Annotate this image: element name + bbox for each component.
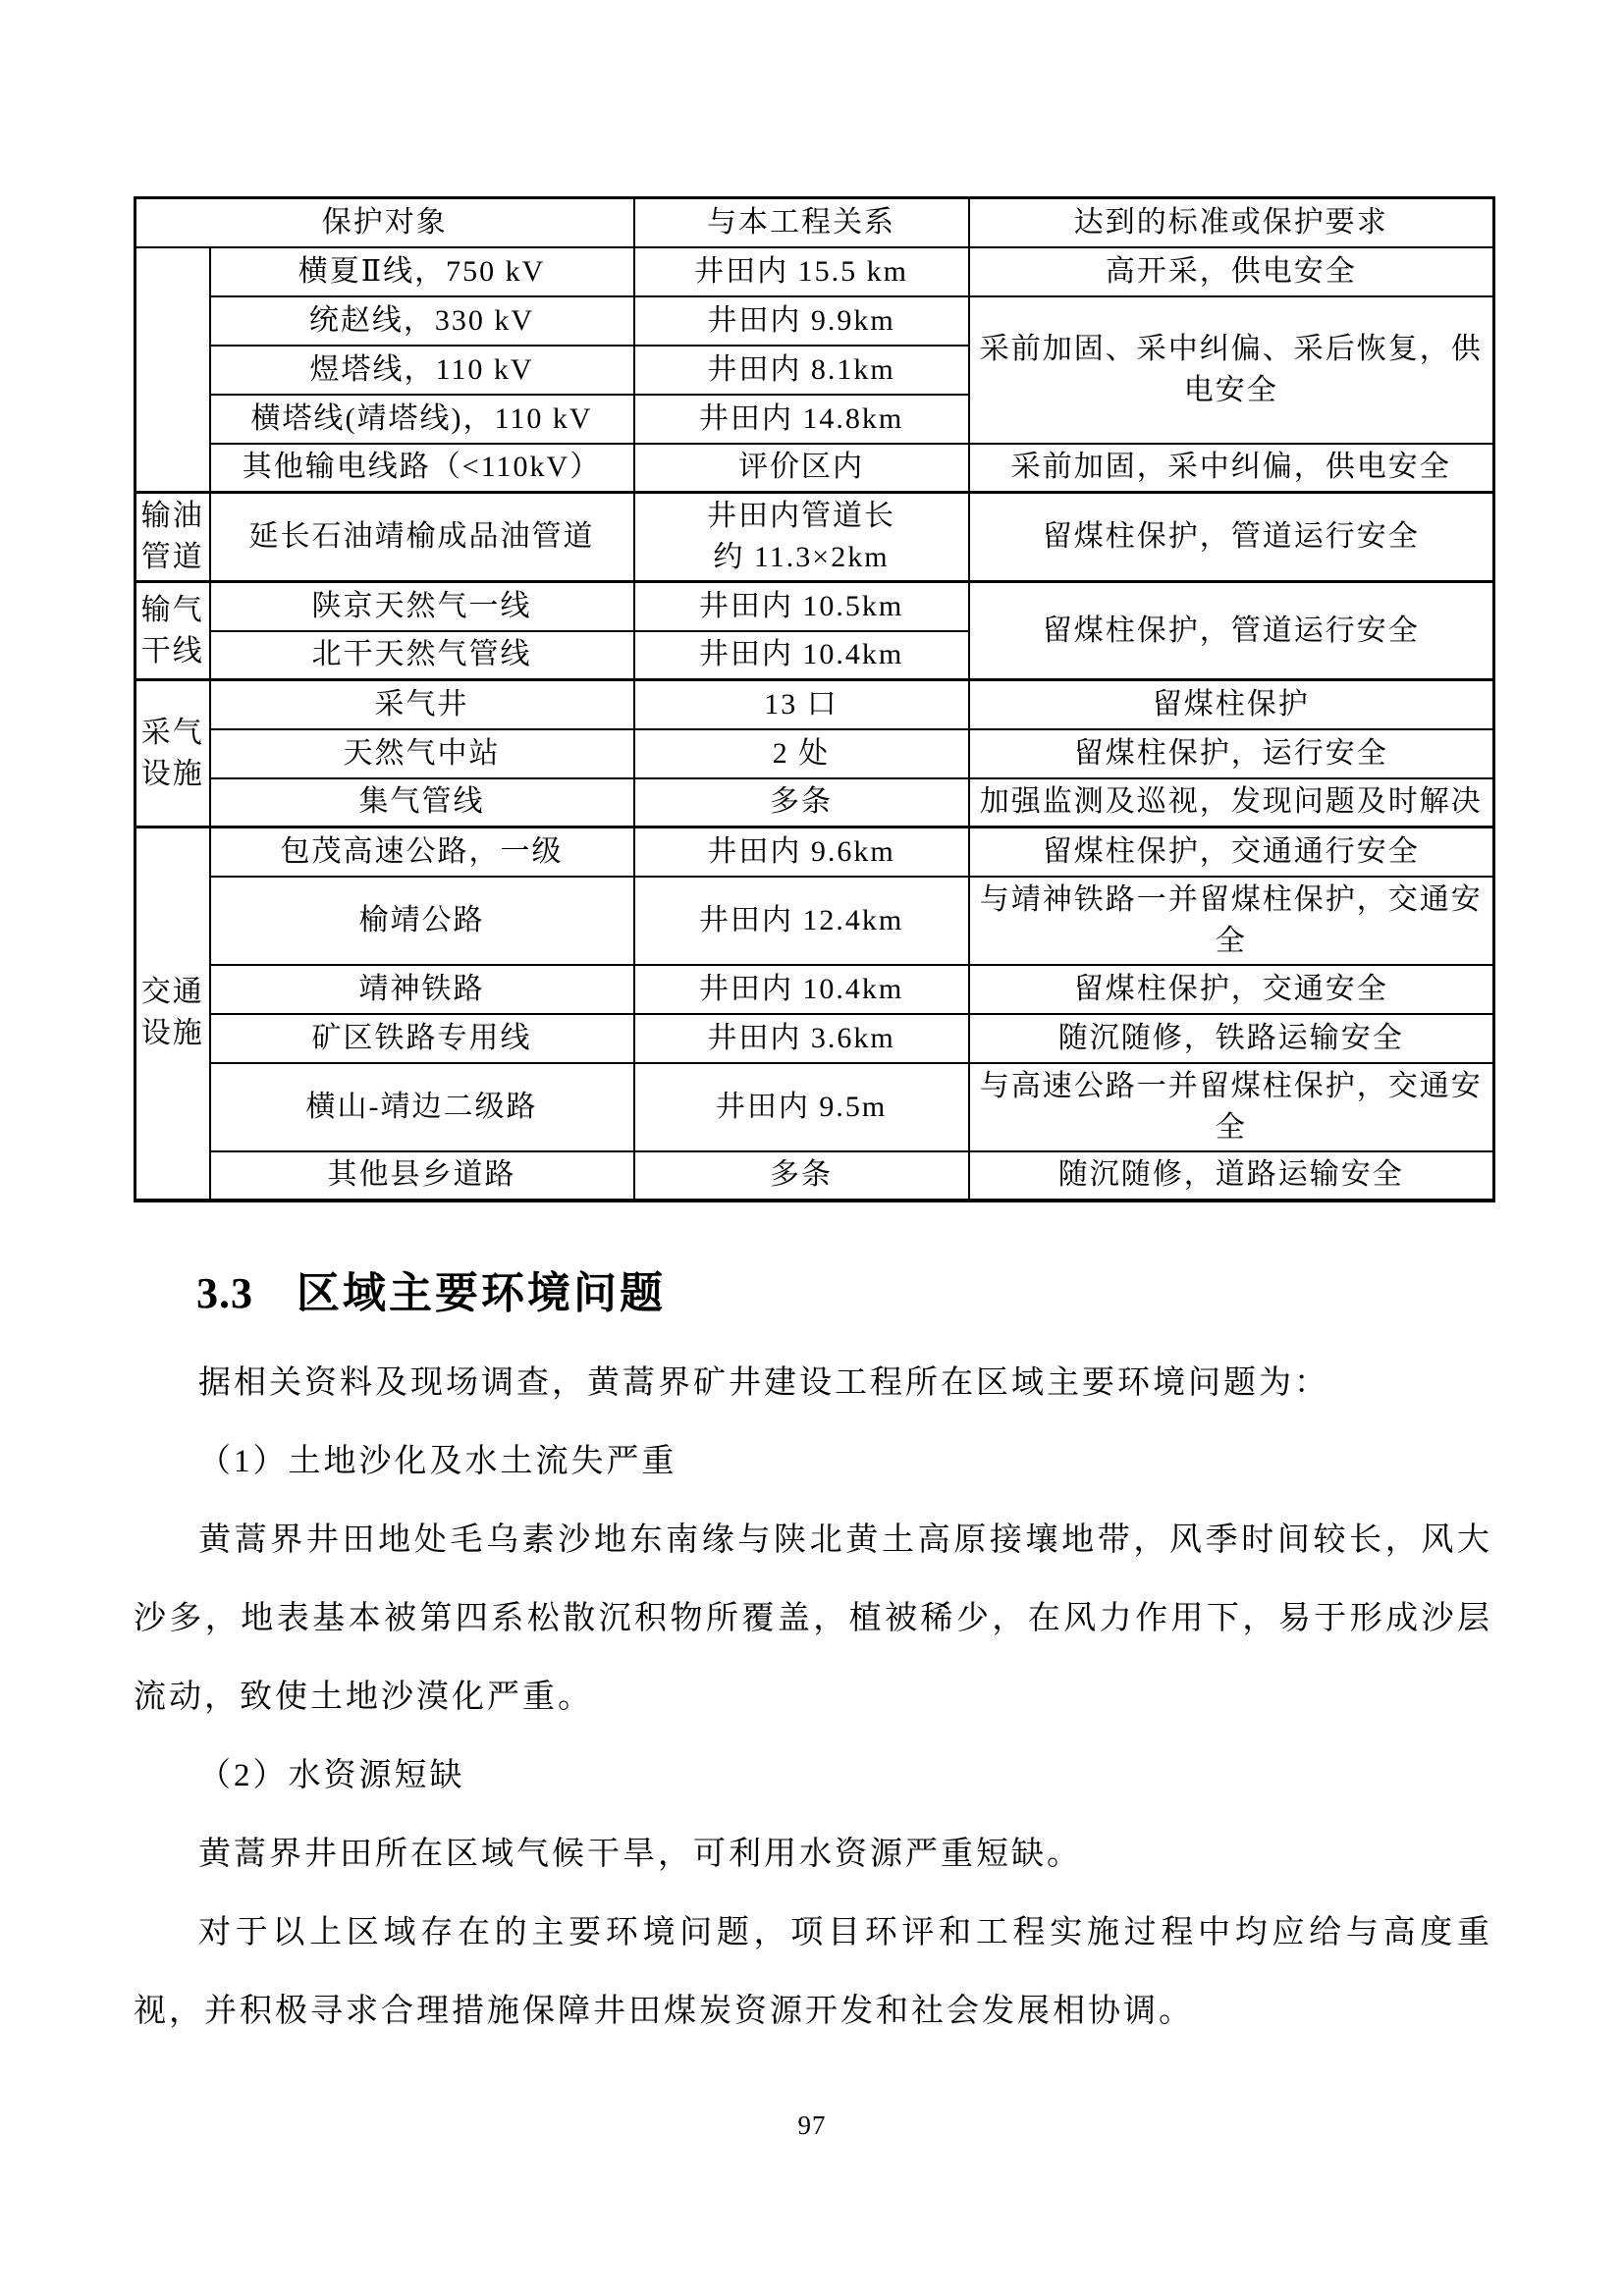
table-header-row: 保护对象 与本工程关系 达到的标准或保护要求 (135, 198, 1494, 247)
cell-relation: 井田内 3.6km (634, 1014, 969, 1063)
cell-object: 横山-靖边二级路 (210, 1063, 634, 1151)
cell-object: 包茂高速公路，一级 (210, 828, 634, 877)
cell-relation: 井田内管道长 约 11.3×2km (634, 493, 969, 582)
cell-requirement: 采前加固，采中纠偏，供电安全 (969, 444, 1494, 493)
paragraph-conclusion: 对于以上区域存在的主要环境问题，项目环评和工程实施过程中均应给与高度重视，并积极… (134, 1894, 1492, 2051)
cell-object: 北干天然气管线 (210, 631, 634, 680)
paragraph-item-1-title: （1）土地沙化及水土流失严重 (134, 1422, 1492, 1501)
table-row: 其他输电线路（<110kV） 评价区内 采前加固，采中纠偏，供电安全 (135, 444, 1494, 493)
cell-requirement: 留煤柱保护，管道运行安全 (969, 582, 1494, 680)
table-row: 集气管线 多条 加强监测及巡视，发现问题及时解决 (135, 778, 1494, 828)
table-row: 矿区铁路专用线 井田内 3.6km 随沉随修，铁路运输安全 (135, 1014, 1494, 1063)
cell-relation: 井田内 9.5m (634, 1063, 969, 1151)
cell-requirement: 加强监测及巡视，发现问题及时解决 (969, 778, 1494, 828)
cell-requirement: 留煤柱保护，管道运行安全 (969, 493, 1494, 582)
cell-object: 其他县乡道路 (210, 1151, 634, 1201)
cell-object: 榆靖公路 (210, 877, 634, 965)
cell-requirement: 与靖神铁路一并留煤柱保护，交通安全 (969, 877, 1494, 965)
table-row: 输气干线 陕京天然气一线 井田内 10.5km 留煤柱保护，管道运行安全 (135, 582, 1494, 631)
cell-relation: 井田内 10.4km (634, 965, 969, 1014)
header-protected-object: 保护对象 (135, 198, 634, 247)
cell-relation: 井田内 8.1km (634, 346, 969, 395)
body-text: 据相关资料及现场调查，黄蒿界矿井建设工程所在区域主要环境问题为： （1）土地沙化… (134, 1344, 1492, 2051)
table-row: 交通设施 包茂高速公路，一级 井田内 9.6km 留煤柱保护，交通通行安全 (135, 828, 1494, 877)
cell-object: 集气管线 (210, 778, 634, 828)
header-relation: 与本工程关系 (634, 198, 969, 247)
table-row: 榆靖公路 井田内 12.4km 与靖神铁路一并留煤柱保护，交通安全 (135, 877, 1494, 965)
cell-category (135, 247, 210, 493)
cell-requirement: 与高速公路一并留煤柱保护，交通安全 (969, 1063, 1494, 1151)
cell-category: 输油管道 (135, 493, 210, 582)
cell-relation: 2 处 (634, 729, 969, 778)
header-requirement: 达到的标准或保护要求 (969, 198, 1494, 247)
cell-category: 交通设施 (135, 828, 210, 1201)
paragraph-intro: 据相关资料及现场调查，黄蒿界矿井建设工程所在区域主要环境问题为： (134, 1344, 1492, 1422)
table-row: 统赵线，330 kV 井田内 9.9km 采前加固、采中纠偏、采后恢复，供电安全 (135, 296, 1494, 346)
protection-objects-table: 保护对象 与本工程关系 达到的标准或保护要求 横夏Ⅱ线，750 kV 井田内 1… (134, 196, 1495, 1202)
cell-object: 煜塔线，110 kV (210, 346, 634, 395)
cell-requirement: 留煤柱保护，交通通行安全 (969, 828, 1494, 877)
cell-requirement: 留煤柱保护 (969, 680, 1494, 729)
cell-requirement: 随沉随修，道路运输安全 (969, 1151, 1494, 1201)
page-number: 97 (0, 2110, 1624, 2141)
cell-relation: 评价区内 (634, 444, 969, 493)
table-row: 靖神铁路 井田内 10.4km 留煤柱保护，交通安全 (135, 965, 1494, 1014)
paragraph-item-1-body: 黄蒿界井田地处毛乌素沙地东南缘与陕北黄土高原接壤地带，风季时间较长，风大沙多，地… (134, 1501, 1492, 1736)
section-heading: 3.3 区域主要环境问题 (196, 1257, 1492, 1320)
table-row: 横山-靖边二级路 井田内 9.5m 与高速公路一并留煤柱保护，交通安全 (135, 1063, 1494, 1151)
cell-object: 天然气中站 (210, 729, 634, 778)
cell-relation: 井田内 10.5km (634, 582, 969, 631)
cell-object: 陕京天然气一线 (210, 582, 634, 631)
cell-relation: 井田内 9.6km (634, 828, 969, 877)
cell-relation: 井田内 9.9km (634, 296, 969, 346)
cell-requirement: 高开采，供电安全 (969, 247, 1494, 296)
section-title: 区域主要环境问题 (297, 1269, 666, 1317)
table-row: 采气设施 采气井 13 口 留煤柱保护 (135, 680, 1494, 729)
cell-object: 矿区铁路专用线 (210, 1014, 634, 1063)
cell-relation: 井田内 15.5 km (634, 247, 969, 296)
cell-object: 其他输电线路（<110kV） (210, 444, 634, 493)
cell-category: 输气干线 (135, 582, 210, 680)
cell-relation: 多条 (634, 1151, 969, 1201)
table-row: 输油管道 延长石油靖榆成品油管道 井田内管道长 约 11.3×2km 留煤柱保护… (135, 493, 1494, 582)
table-row: 横夏Ⅱ线，750 kV 井田内 15.5 km 高开采，供电安全 (135, 247, 1494, 296)
cell-requirement: 留煤柱保护，交通安全 (969, 965, 1494, 1014)
document-page: 保护对象 与本工程关系 达到的标准或保护要求 横夏Ⅱ线，750 kV 井田内 1… (0, 0, 1624, 2296)
cell-relation: 井田内 12.4km (634, 877, 969, 965)
cell-object: 延长石油靖榆成品油管道 (210, 493, 634, 582)
cell-requirement: 随沉随修，铁路运输安全 (969, 1014, 1494, 1063)
cell-category: 采气设施 (135, 680, 210, 828)
cell-object: 统赵线，330 kV (210, 296, 634, 346)
cell-object: 靖神铁路 (210, 965, 634, 1014)
cell-requirement: 采前加固、采中纠偏、采后恢复，供电安全 (969, 296, 1494, 444)
paragraph-item-2-title: （2）水资源短缺 (134, 1736, 1492, 1815)
cell-relation: 井田内 10.4km (634, 631, 969, 680)
cell-relation: 13 口 (634, 680, 969, 729)
section-number: 3.3 (196, 1269, 253, 1317)
paragraph-item-2-body: 黄蒿界井田所在区域气候干旱，可利用水资源严重短缺。 (134, 1815, 1492, 1894)
table-row: 天然气中站 2 处 留煤柱保护，运行安全 (135, 729, 1494, 778)
table-row: 其他县乡道路 多条 随沉随修，道路运输安全 (135, 1151, 1494, 1201)
cell-object: 横夏Ⅱ线，750 kV (210, 247, 634, 296)
cell-relation: 多条 (634, 778, 969, 828)
cell-requirement: 留煤柱保护，运行安全 (969, 729, 1494, 778)
cell-relation: 井田内 14.8km (634, 395, 969, 444)
cell-object: 横塔线(靖塔线)，110 kV (210, 395, 634, 444)
cell-object: 采气井 (210, 680, 634, 729)
